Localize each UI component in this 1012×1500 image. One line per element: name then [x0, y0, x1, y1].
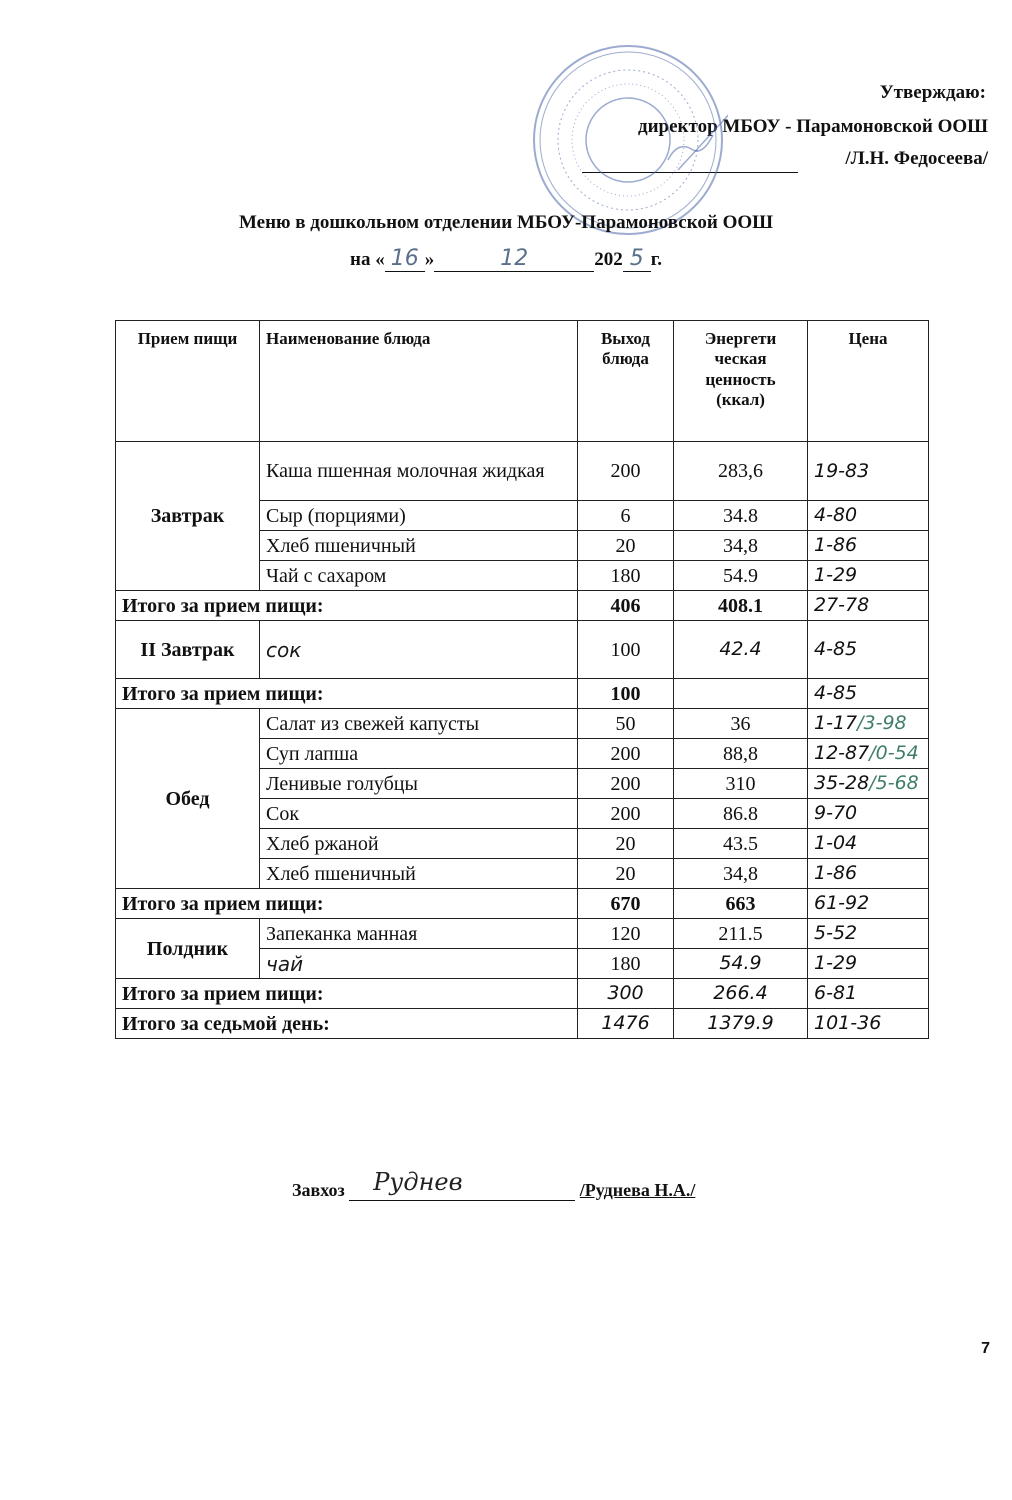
- year-prefix: 202: [594, 249, 623, 270]
- date-day-field: 16: [385, 246, 425, 272]
- table-row: ЗавтракКаша пшенная молочная жидкая20028…: [116, 442, 929, 501]
- dish-yield: 200: [578, 799, 674, 829]
- date-month-field: 12: [434, 246, 594, 272]
- table-header-row: Прием пищи Наименование блюда Выход блюд…: [116, 321, 929, 442]
- dish-energy: 34,8: [674, 859, 808, 889]
- meal-name: Полдник: [116, 919, 260, 979]
- dish-price: 19-83: [808, 442, 929, 501]
- total-yield: 406: [578, 591, 674, 621]
- dish-price: 1-17/3-98: [808, 709, 929, 739]
- dish-price: 35-28/5-68: [808, 769, 929, 799]
- dish-price-extra: /5-68: [869, 772, 919, 794]
- dish-price: 1-04: [808, 829, 929, 859]
- total-label: Итого за прием пищи:: [116, 889, 578, 919]
- approval-role: директор МБОУ - Парамоновской ООШ: [638, 116, 988, 138]
- dish-price: 1-86: [808, 859, 929, 889]
- col-header-energy: Энергети ческая ценность (ккал): [674, 321, 808, 442]
- dish-energy: 36: [674, 709, 808, 739]
- dish-energy: 283,6: [674, 442, 808, 501]
- dish-name: Сыр (порциями): [260, 501, 578, 531]
- day-total-energy: 1379.9: [674, 1009, 808, 1039]
- total-yield: 670: [578, 889, 674, 919]
- day-total-row: Итого за седьмой день:14761379.9101-36: [116, 1009, 929, 1039]
- dish-yield: 200: [578, 739, 674, 769]
- dish-energy: 88,8: [674, 739, 808, 769]
- meal-name: Завтрак: [116, 442, 260, 591]
- date-mid: »: [425, 249, 435, 270]
- school-stamp-icon: [528, 40, 728, 240]
- menu-table: Прием пищи Наименование блюда Выход блюд…: [115, 320, 929, 1039]
- dish-yield: 20: [578, 531, 674, 561]
- col-header-dish: Наименование блюда: [260, 321, 578, 442]
- dish-yield: 200: [578, 442, 674, 501]
- footer-role: Завхоз: [292, 1180, 345, 1200]
- table-row: ПолдникЗапеканка манная120211.55-52: [116, 919, 929, 949]
- dish-yield: 6: [578, 501, 674, 531]
- dish-price: 1-29: [808, 561, 929, 591]
- total-energy: 408.1: [674, 591, 808, 621]
- document-title: Меню в дошкольном отделении МБОУ-Парамон…: [0, 212, 1012, 234]
- dish-price: 4-85: [808, 621, 929, 679]
- total-row: Итого за прием пищи:67066361-92: [116, 889, 929, 919]
- dish-price: 4-80: [808, 501, 929, 531]
- dish-energy: 86.8: [674, 799, 808, 829]
- dish-name: Суп лапша: [260, 739, 578, 769]
- day-total-label: Итого за седьмой день:: [116, 1009, 578, 1039]
- dish-name: Хлеб пшеничный: [260, 531, 578, 561]
- dish-price: 12-87/0-54: [808, 739, 929, 769]
- day-total-price: 101-36: [808, 1009, 929, 1039]
- col-header-meal: Прием пищи: [116, 321, 260, 442]
- dish-energy: 54.9: [674, 561, 808, 591]
- meal-name: Обед: [116, 709, 260, 889]
- dish-energy: 42.4: [674, 621, 808, 679]
- date-prefix: на «: [350, 249, 385, 270]
- dish-name: Запеканка манная: [260, 919, 578, 949]
- date-year-digit: 5: [630, 246, 644, 271]
- menu-table-body: ЗавтракКаша пшенная молочная жидкая20028…: [116, 442, 929, 1039]
- total-energy: 266.4: [674, 979, 808, 1009]
- dish-yield: 180: [578, 949, 674, 979]
- table-row: ОбедСалат из свежей капусты50361-17/3-98: [116, 709, 929, 739]
- footer-signature: Завхоз Руднев /Руднева Н.А./: [292, 1180, 695, 1201]
- total-label: Итого за прием пищи:: [116, 979, 578, 1009]
- dish-yield: 20: [578, 829, 674, 859]
- total-row: Итого за прием пищи:300266.46-81: [116, 979, 929, 1009]
- dish-energy: 54.9: [674, 949, 808, 979]
- footer-name: /Руднева Н.А./: [580, 1180, 696, 1200]
- dish-name: Салат из свежей капусты: [260, 709, 578, 739]
- menu-date: на «16»122025г.: [0, 246, 1012, 272]
- table-row: II Завтраксок10042.44-85: [116, 621, 929, 679]
- dish-name: Чай с сахаром: [260, 561, 578, 591]
- total-yield: 300: [578, 979, 674, 1009]
- total-energy: 663: [674, 889, 808, 919]
- dish-price: 1-86: [808, 531, 929, 561]
- dish-energy: 310: [674, 769, 808, 799]
- dish-yield: 180: [578, 561, 674, 591]
- date-year-field: 5: [623, 246, 651, 272]
- total-label: Итого за прием пищи:: [116, 591, 578, 621]
- meal-name: II Завтрак: [116, 621, 260, 679]
- dish-energy: 34,8: [674, 531, 808, 561]
- col-header-yield: Выход блюда: [578, 321, 674, 442]
- day-total-yield: 1476: [578, 1009, 674, 1039]
- dish-yield: 200: [578, 769, 674, 799]
- dish-name: Ленивые голубцы: [260, 769, 578, 799]
- col-header-price: Цена: [808, 321, 929, 442]
- dish-price-extra: /0-54: [869, 742, 919, 764]
- total-price: 27-78: [808, 591, 929, 621]
- total-price: 4-85: [808, 679, 929, 709]
- dish-yield: 120: [578, 919, 674, 949]
- date-month: 12: [500, 246, 528, 271]
- footer-signature-text: Руднев: [373, 1168, 462, 1196]
- total-energy: [674, 679, 808, 709]
- dish-name: Хлеб пшеничный: [260, 859, 578, 889]
- approval-signature-line: [582, 172, 798, 173]
- dish-price: 5-52: [808, 919, 929, 949]
- dish-energy: 43.5: [674, 829, 808, 859]
- total-price: 6-81: [808, 979, 929, 1009]
- dish-energy: 34.8: [674, 501, 808, 531]
- dish-name: чай: [260, 949, 578, 979]
- total-price: 61-92: [808, 889, 929, 919]
- dish-price: 9-70: [808, 799, 929, 829]
- year-suffix: г.: [651, 249, 662, 270]
- date-day: 16: [391, 246, 419, 271]
- dish-price: 1-29: [808, 949, 929, 979]
- dish-energy: 211.5: [674, 919, 808, 949]
- dish-price-extra: /3-98: [857, 712, 907, 734]
- dish-name: сок: [260, 621, 578, 679]
- dish-yield: 20: [578, 859, 674, 889]
- dish-yield: 100: [578, 621, 674, 679]
- dish-yield: 50: [578, 709, 674, 739]
- total-row: Итого за прием пищи:406408.127-78: [116, 591, 929, 621]
- footer-signature-line: Руднев: [349, 1182, 575, 1201]
- dish-name: Сок: [260, 799, 578, 829]
- dish-name: Хлеб ржаной: [260, 829, 578, 859]
- page-number: 7: [981, 1340, 990, 1358]
- dish-name: Каша пшенная молочная жидкая: [260, 442, 578, 501]
- approval-title: Утверждаю:: [880, 82, 986, 104]
- total-label: Итого за прием пищи:: [116, 679, 578, 709]
- total-yield: 100: [578, 679, 674, 709]
- total-row: Итого за прием пищи:1004-85: [116, 679, 929, 709]
- approval-name: /Л.Н. Федосеева/: [845, 148, 988, 170]
